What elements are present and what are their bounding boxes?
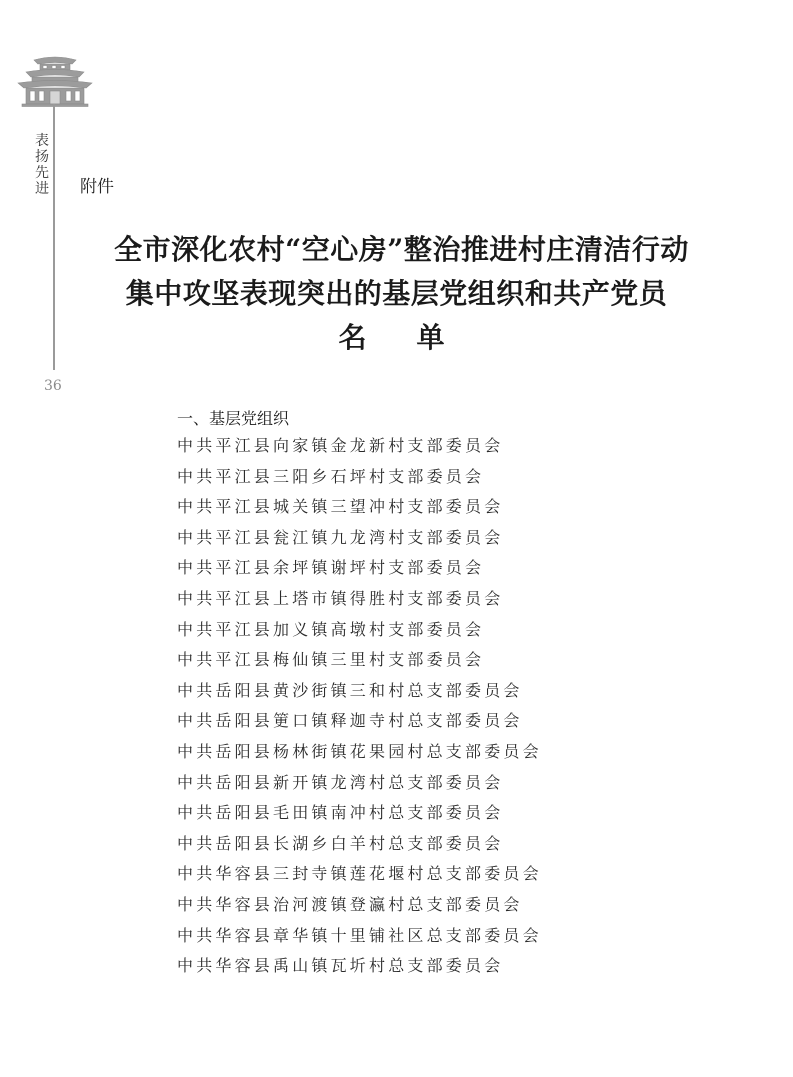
list-item: 中共平江县加义镇高墩村支部委员会 <box>177 615 542 646</box>
list-item: 中共岳阳县杨林街镇花果园村总支部委员会 <box>177 737 542 768</box>
attachment-label: 附件 <box>80 172 114 197</box>
list-item: 中共平江县向家镇金龙新村支部委员会 <box>177 431 542 462</box>
organization-list: 中共平江县向家镇金龙新村支部委员会 中共平江县三阳乡石坪村支部委员会 中共平江县… <box>177 431 542 982</box>
list-item: 中共华容县章华镇十里铺社区总支部委员会 <box>177 921 542 952</box>
page-number: 36 <box>44 378 62 394</box>
document-title: 全市深化农村“空心房”整治推进村庄清洁行动 集中攻坚表现突出的基层党组织和共产党… <box>0 228 793 360</box>
list-item: 中共平江县上塔市镇得胜村支部委员会 <box>177 584 542 615</box>
title-line-1: 全市深化农村“空心房”整治推进村庄清洁行动 <box>0 228 793 272</box>
list-item: 中共平江县梅仙镇三里村支部委员会 <box>177 645 542 676</box>
section-heading: 一、基层党组织 <box>177 406 289 429</box>
list-item: 中共岳阳县毛田镇南冲村总支部委员会 <box>177 798 542 829</box>
pavilion-tower-icon <box>16 52 94 112</box>
list-item: 中共岳阳县长湖乡白羊村总支部委员会 <box>177 829 542 860</box>
list-item: 中共平江县城关镇三望冲村支部委员会 <box>177 492 542 523</box>
list-item: 中共华容县三封寺镇莲花堰村总支部委员会 <box>177 859 542 890</box>
list-item: 中共平江县余坪镇谢坪村支部委员会 <box>177 553 542 584</box>
list-item: 中共岳阳县新开镇龙湾村总支部委员会 <box>177 768 542 799</box>
list-item: 中共岳阳县筻口镇释迦寺村总支部委员会 <box>177 706 542 737</box>
list-item: 中共平江县瓮江镇九龙湾村支部委员会 <box>177 523 542 554</box>
title-line-3: 名单 <box>0 316 793 360</box>
list-item: 中共华容县禹山镇瓦圻村总支部委员会 <box>177 951 542 982</box>
list-item: 中共平江县三阳乡石坪村支部委员会 <box>177 462 542 493</box>
section-side-label: 表扬先进 <box>34 133 50 197</box>
list-item: 中共岳阳县黄沙街镇三和村总支部委员会 <box>177 676 542 707</box>
list-item: 中共华容县治河渡镇登瀛村总支部委员会 <box>177 890 542 921</box>
title-line-2: 集中攻坚表现突出的基层党组织和共产党员 <box>0 272 793 316</box>
